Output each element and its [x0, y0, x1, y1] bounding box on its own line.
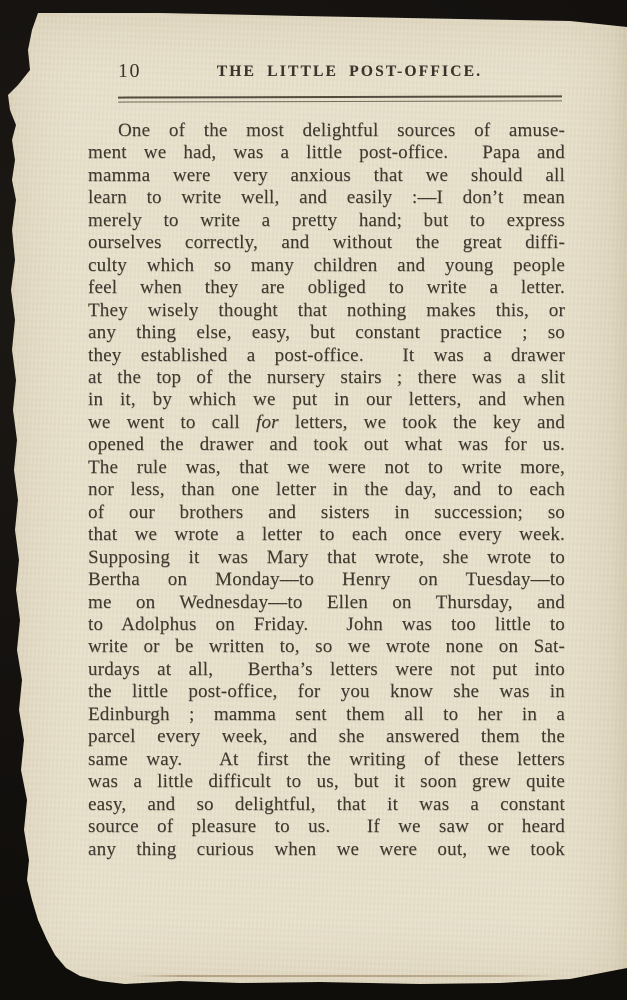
text-line: easy, and so delightful, that it was a c… — [88, 794, 565, 816]
text-line: they established a post-office. It was a… — [88, 345, 565, 367]
text-line: at the top of the nursery stairs ; there… — [88, 367, 565, 389]
page-number: 10 — [118, 60, 141, 83]
text-line: to Adolphus on Friday. John was too litt… — [88, 614, 565, 636]
text-line: parcel every week, and she answered them… — [88, 726, 565, 748]
text-line: me on Wednesday—to Ellen on Thursday, an… — [88, 592, 565, 614]
running-title: THE LITTLE POST-OFFICE. — [150, 63, 549, 81]
text-line: The rule was, that we were not to write … — [88, 457, 565, 479]
text-line: was a little difficult to us, but it soo… — [88, 771, 565, 793]
under-sheet-edge-line — [130, 975, 555, 977]
text-line: the little post-office, for you know she… — [88, 681, 565, 703]
text-line: feel when they are obliged to write a le… — [88, 277, 565, 299]
text-line: They wisely thought that nothing makes t… — [88, 300, 565, 322]
text-line: any thing else, easy, but constant pract… — [88, 322, 565, 344]
body-text: One of the most delightful sources of am… — [88, 120, 565, 861]
text-line: merely to write a pretty hand; but to ex… — [88, 210, 565, 232]
book-page: 10 THE LITTLE POST-OFFICE. One of the mo… — [0, 0, 627, 1000]
text-line: mamma were very anxious that we should a… — [88, 165, 565, 187]
text-line: in it, by which we put in our letters, a… — [88, 389, 565, 411]
text-line: opened the drawer and took out what was … — [88, 434, 565, 456]
text-line: nor less, than one letter in the day, an… — [88, 479, 565, 501]
text-line: urdays at all, Bertha’s letters were not… — [88, 659, 565, 681]
header-rule — [118, 95, 562, 102]
text-line: same way. At first the writing of these … — [88, 749, 565, 771]
text-line: One of the most delightful sources of am… — [88, 120, 565, 142]
text-line: ourselves correctly, and without the gre… — [88, 232, 565, 254]
text-line: we went to call for letters, we took the… — [88, 412, 565, 434]
text-line: write or be written to, so we wrote none… — [88, 636, 565, 658]
text-line: Edinburgh ; mamma sent them all to her i… — [88, 704, 565, 726]
text-line: that we wrote a letter to each once ever… — [88, 524, 565, 546]
scanned-book-photo: 10 THE LITTLE POST-OFFICE. One of the mo… — [0, 0, 627, 1000]
text-line: ment we had, was a little post-office. P… — [88, 142, 565, 164]
text-line: learn to write well, and easily :—I don’… — [88, 187, 565, 209]
text-line: Bertha on Monday—to Henry on Tuesday—to — [88, 569, 565, 591]
text-line: culty which so many children and young p… — [88, 255, 565, 277]
text-line: source of pleasure to us. If we saw or h… — [88, 816, 565, 838]
text-line: Supposing it was Mary that wrote, she wr… — [88, 547, 565, 569]
text-line: any thing curious when we were out, we t… — [88, 839, 565, 861]
text-line: of our brothers and sisters in successio… — [88, 502, 565, 524]
